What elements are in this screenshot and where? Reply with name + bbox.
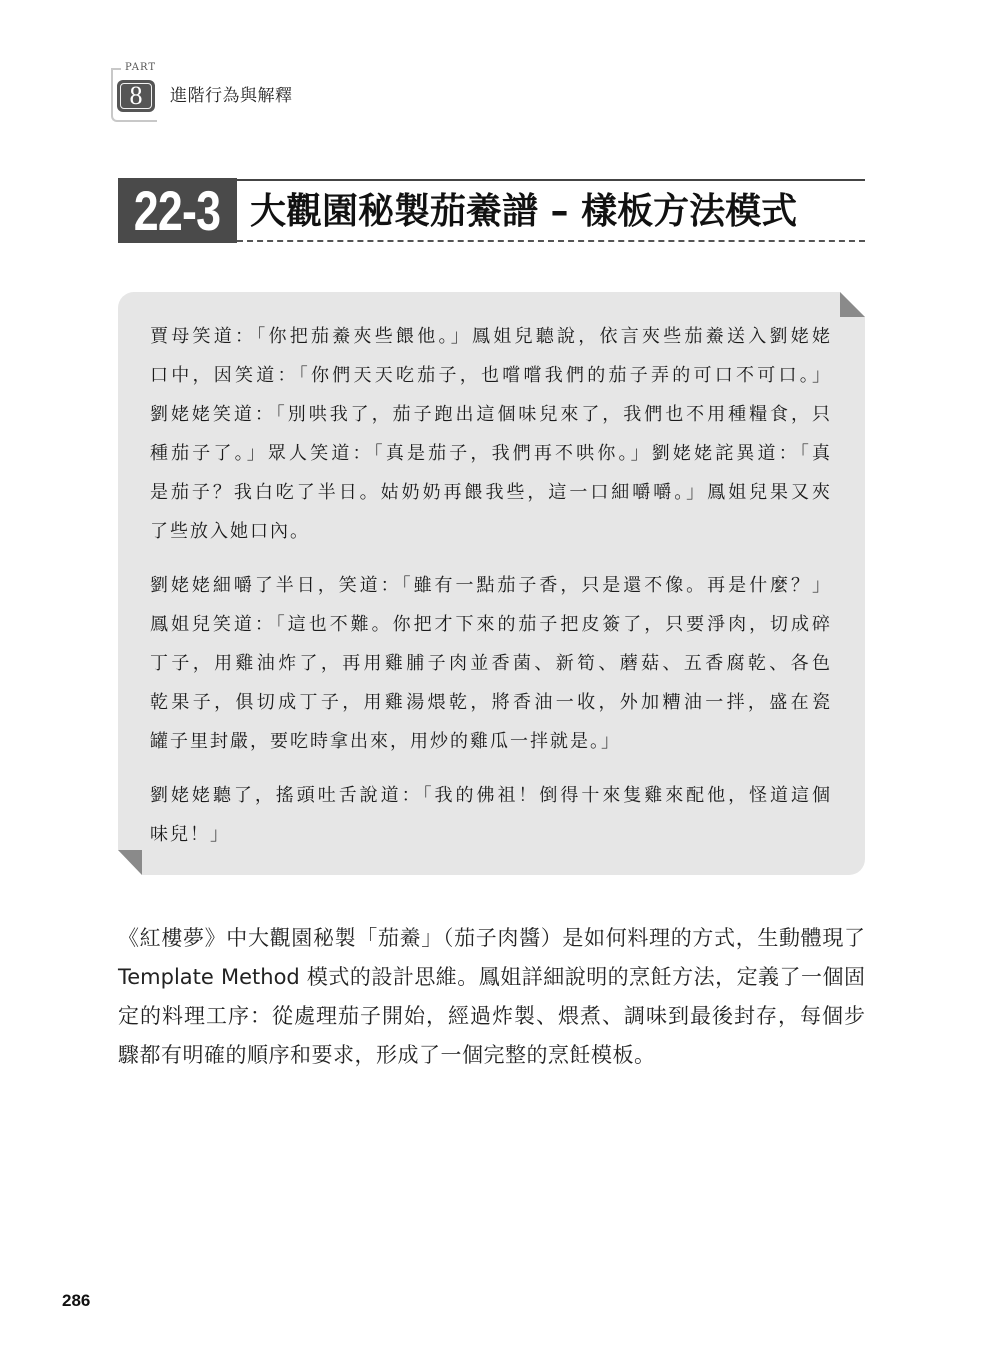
quote-text: 賈母笑道：「你把茄鯗夾些餵他。」鳳姐兒聽說，依言夾些茄鯗送入劉姥姥 口中，因笑道… xyxy=(150,317,830,869)
quote-line: 了些放入她口內。 xyxy=(150,512,830,551)
body-line: 《紅樓夢》中大觀園秘製「茄鯗」（茄子肉醬）是如何料理的方式，生動體現了 xyxy=(118,919,865,958)
folded-corner-icon xyxy=(118,850,142,875)
body-line: 驟都有明確的順序和要求，形成了一個完整的烹飪模板。 xyxy=(118,1036,865,1075)
quote-line: 種茄子了。」眾人笑道：「真是茄子，我們再不哄你。」劉姥姥詫異道：「真 xyxy=(150,434,830,473)
quote-line: 鳳姐兒笑道：「這也不難。你把才下來的茄子把皮簽了，只要淨肉，切成碎 xyxy=(150,605,830,644)
quote-line: 乾果子，俱切成丁子，用雞湯煨乾，將香油一收，外加糟油一拌，盛在瓷 xyxy=(150,683,830,722)
quote-line: 劉姥姥笑道：「別哄我了，茄子跑出這個味兒來了，我們也不用種糧食，只 xyxy=(150,395,830,434)
body-line: Template Method 模式的設計思維。鳳姐詳細說明的烹飪方法，定義了一… xyxy=(118,958,865,997)
section-title: 大觀園秘製茄鯗譜 – 樣板方法模式 xyxy=(250,190,797,234)
quote-line: 是茄子？我白吃了半日。姑奶奶再餵我些，這一口細嚼嚼。」鳳姐兒果又夾 xyxy=(150,473,830,512)
quote-paragraph: 劉姥姥聽了，搖頭吐舌說道：「我的佛祖！倒得十來隻雞來配他，怪道這個 味兒！」 xyxy=(150,776,830,854)
part-number: 8 xyxy=(130,83,143,109)
section-number-badge: 22-3 xyxy=(118,178,237,243)
body-line: 定的料理工序：從處理茄子開始，經過炸製、煨煮、調味到最後封存，每個步 xyxy=(118,997,865,1036)
part-label: PART xyxy=(125,62,156,74)
quote-paragraph: 賈母笑道：「你把茄鯗夾些餵他。」鳳姐兒聽說，依言夾些茄鯗送入劉姥姥 口中，因笑道… xyxy=(150,317,830,551)
title-dashed-rule xyxy=(237,240,865,242)
part-number-badge: 8 xyxy=(117,80,155,112)
quote-line: 丁子，用雞油炸了，再用雞脯子肉並香菌、新筍、蘑菇、五香腐乾、各色 xyxy=(150,644,830,683)
quote-line: 口中，因笑道：「你們天天吃茄子，也嚐嚐我們的茄子弄的可口不可口。」 xyxy=(150,356,830,395)
page-number: 286 xyxy=(62,1290,90,1312)
title-top-rule xyxy=(237,179,865,181)
quote-paragraph: 劉姥姥細嚼了半日，笑道：「雖有一點茄子香，只是還不像。再是什麼？」 鳳姐兒笑道：… xyxy=(150,566,830,761)
quote-line: 罐子里封嚴，要吃時拿出來，用炒的雞瓜一拌就是。」 xyxy=(150,722,830,761)
quote-line: 賈母笑道：「你把茄鯗夾些餵他。」鳳姐兒聽說，依言夾些茄鯗送入劉姥姥 xyxy=(150,317,830,356)
folded-corner-icon xyxy=(840,292,865,317)
part-badge-bracket-top xyxy=(111,68,121,70)
quote-line: 味兒！」 xyxy=(150,815,830,854)
section-number: 22-3 xyxy=(134,183,220,239)
body-paragraph: 《紅樓夢》中大觀園秘製「茄鯗」（茄子肉醬）是如何料理的方式，生動體現了 Temp… xyxy=(118,919,865,1075)
quote-line: 劉姥姥細嚼了半日，笑道：「雖有一點茄子香，只是還不像。再是什麼？」 xyxy=(150,566,830,605)
quote-line: 劉姥姥聽了，搖頭吐舌說道：「我的佛祖！倒得十來隻雞來配他，怪道這個 xyxy=(150,776,830,815)
chapter-title: 進階行為與解釋 xyxy=(170,85,293,107)
